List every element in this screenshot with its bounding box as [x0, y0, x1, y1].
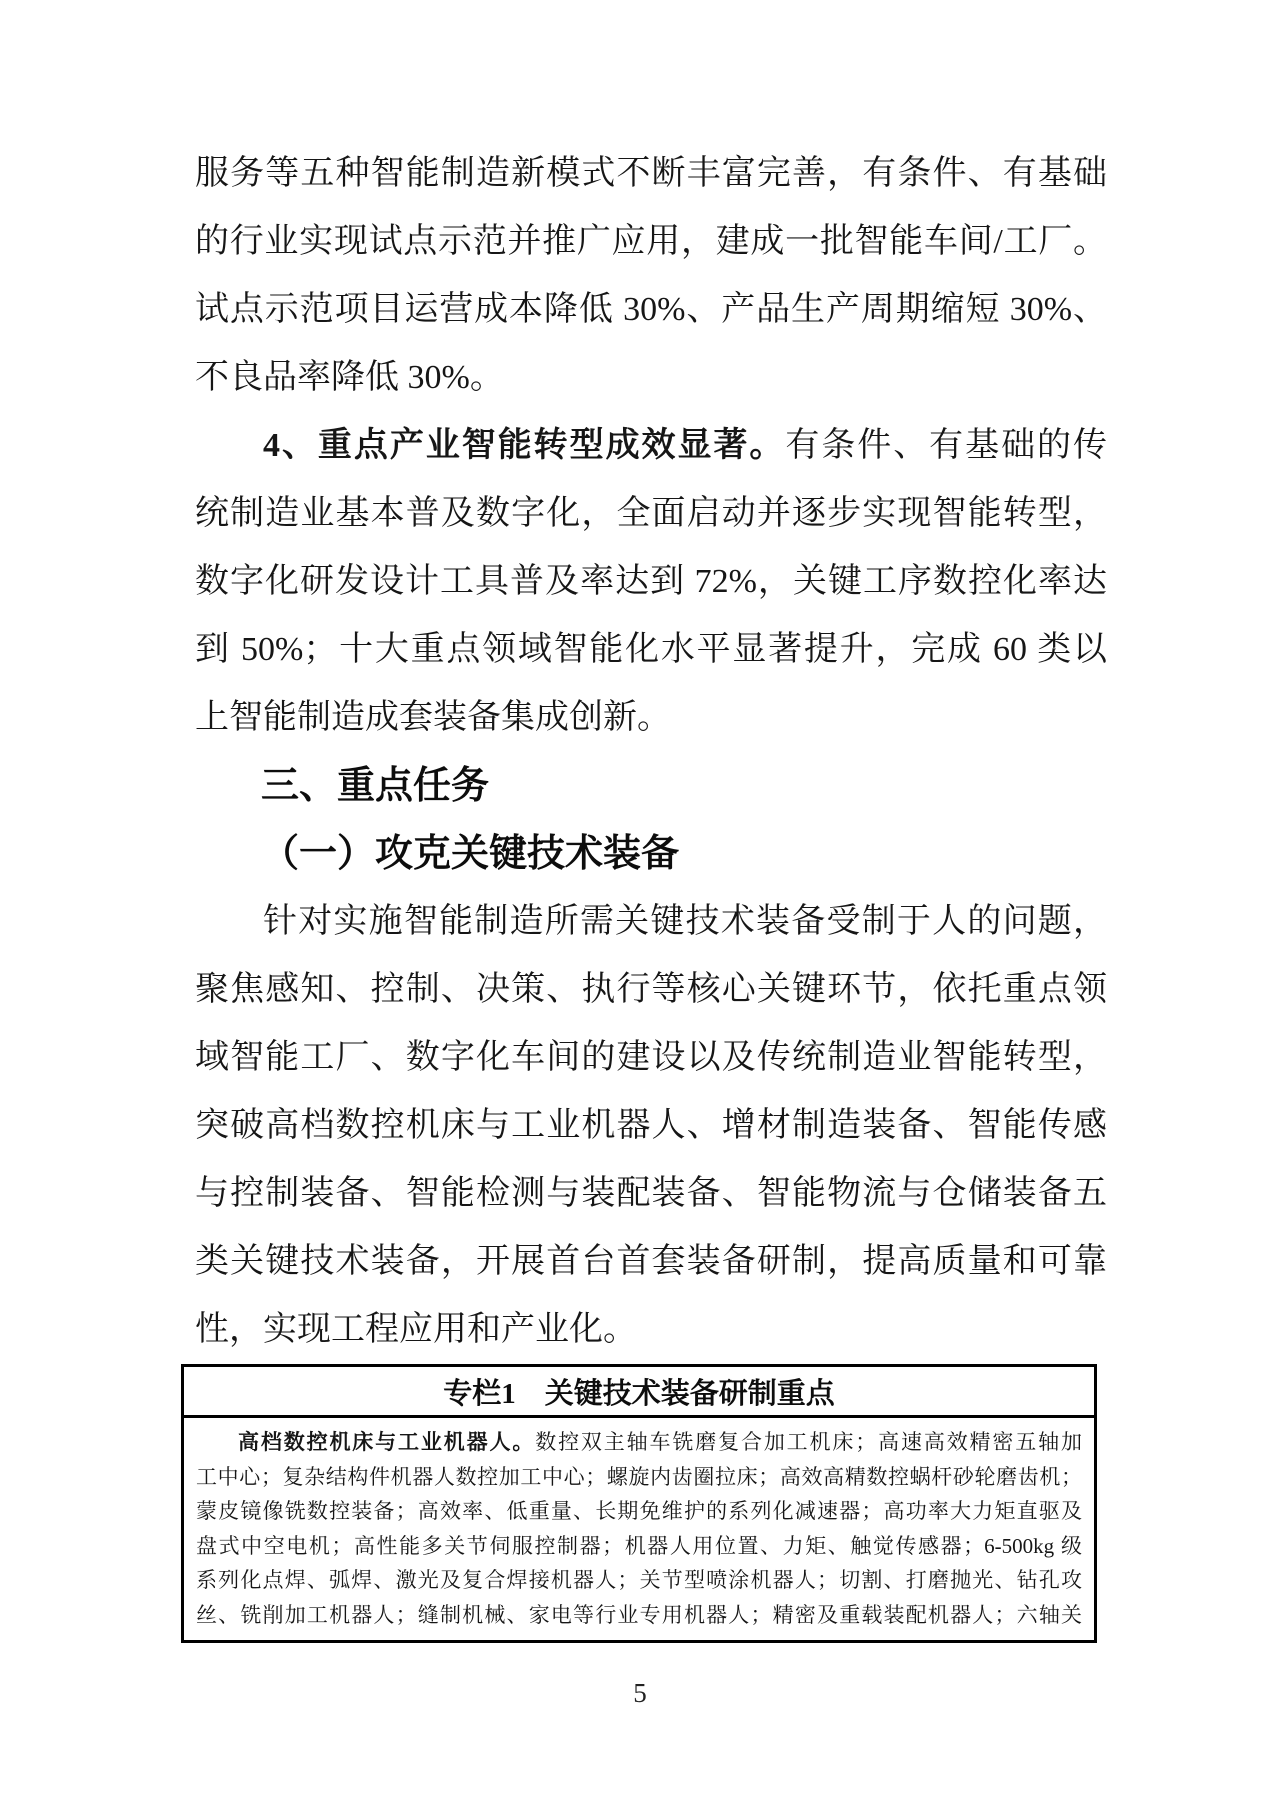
text-line: 数字化研发设计工具普及率达到 72%，关键工序数控化率达: [195, 548, 1107, 616]
text-line: 不良品率降低 30%。: [195, 344, 1107, 412]
goal4-lead-rest: 有条件、有基础的传: [785, 427, 1107, 464]
section-heading: 三、重点任务: [195, 752, 1107, 820]
text-line: 域智能工厂、数字化车间的建设以及传统制造业智能转型，: [195, 1024, 1107, 1092]
paragraph-overview: 服务等五种智能制造新模式不断丰富完善，有条件、有基础 的行业实现试点示范并推广应…: [195, 140, 1107, 412]
text-line: 聚焦感知、控制、决策、执行等核心关键环节，依托重点领: [195, 956, 1107, 1024]
text-line: 试点示范项目运营成本降低 30%、产品生产周期缩短 30%、: [195, 276, 1107, 344]
text-line: 类关键技术装备，开展首台首套装备研制，提高质量和可靠: [195, 1228, 1107, 1296]
paragraph-task: 针对实施智能制造所需关键技术装备受制于人的问题， 聚焦感知、控制、决策、执行等核…: [195, 888, 1107, 1364]
page-number: 5: [0, 1678, 1280, 1709]
content-column: 服务等五种智能制造新模式不断丰富完善，有条件、有基础 的行业实现试点示范并推广应…: [195, 140, 1107, 1643]
box-text-line: 系列化点焊、弧焊、激光及复合焊接机器人；关节型喷涂机器人；切割、打磨抛光、钻孔攻: [196, 1563, 1082, 1598]
paragraph-goal4: 4、重点产业智能转型成效显著。有条件、有基础的传 统制造业基本普及数字化，全面启…: [195, 412, 1107, 752]
text-line: 统制造业基本普及数字化，全面启动并逐步实现智能转型，: [195, 480, 1107, 548]
box-lead: 高档数控机床与工业机器人。: [238, 1430, 535, 1454]
text-line: 服务等五种智能制造新模式不断丰富完善，有条件、有基础: [195, 140, 1107, 208]
column-box-body: 高档数控机床与工业机器人。数控双主轴车铣磨复合加工机床；高速高效精密五轴加 工中…: [184, 1418, 1094, 1640]
goal4-lead: 4、重点产业智能转型成效显著。: [263, 427, 785, 464]
box-text-line: 盘式中空电机；高性能多关节伺服控制器；机器人用位置、力矩、触觉传感器；6-500…: [196, 1529, 1082, 1564]
subsection-heading: （一）攻克关键技术装备: [195, 820, 1107, 888]
box-text-line: 蒙皮镜像铣数控装备；高效率、低重量、长期免维护的系列化减速器；高功率大力矩直驱及: [196, 1494, 1082, 1529]
text-line: 与控制装备、智能检测与装配装备、智能物流与仓储装备五: [195, 1160, 1107, 1228]
text-line: 突破高档数控机床与工业机器人、增材制造装备、智能传感: [195, 1092, 1107, 1160]
box-text-line: 高档数控机床与工业机器人。数控双主轴车铣磨复合加工机床；高速高效精密五轴加: [196, 1425, 1082, 1460]
column-box-1: 专栏1 关键技术装备研制重点 高档数控机床与工业机器人。数控双主轴车铣磨复合加工…: [181, 1364, 1097, 1643]
column-box-title: 专栏1 关键技术装备研制重点: [184, 1367, 1094, 1418]
text-line: 的行业实现试点示范并推广应用，建成一批智能车间/工厂。: [195, 208, 1107, 276]
text-line: 上智能制造成套装备集成创新。: [195, 684, 1107, 752]
text-line: 性，实现工程应用和产业化。: [195, 1296, 1107, 1364]
text-line: 4、重点产业智能转型成效显著。有条件、有基础的传: [195, 412, 1107, 480]
box-text-line: 工中心；复杂结构件机器人数控加工中心；螺旋内齿圈拉床；高效高精数控蜗杆砂轮磨齿机…: [196, 1460, 1082, 1495]
text-line: 针对实施智能制造所需关键技术装备受制于人的问题，: [195, 888, 1107, 956]
document-page: 服务等五种智能制造新模式不断丰富完善，有条件、有基础 的行业实现试点示范并推广应…: [0, 0, 1280, 1810]
box-lead-rest: 数控双主轴车铣磨复合加工机床；高速高效精密五轴加: [535, 1430, 1082, 1454]
box-text-line: 丝、铣削加工机器人；缝制机械、家电等行业专用机器人；精密及重载装配机器人；六轴关: [196, 1598, 1082, 1633]
text-line: 到 50%；十大重点领域智能化水平显著提升，完成 60 类以: [195, 616, 1107, 684]
